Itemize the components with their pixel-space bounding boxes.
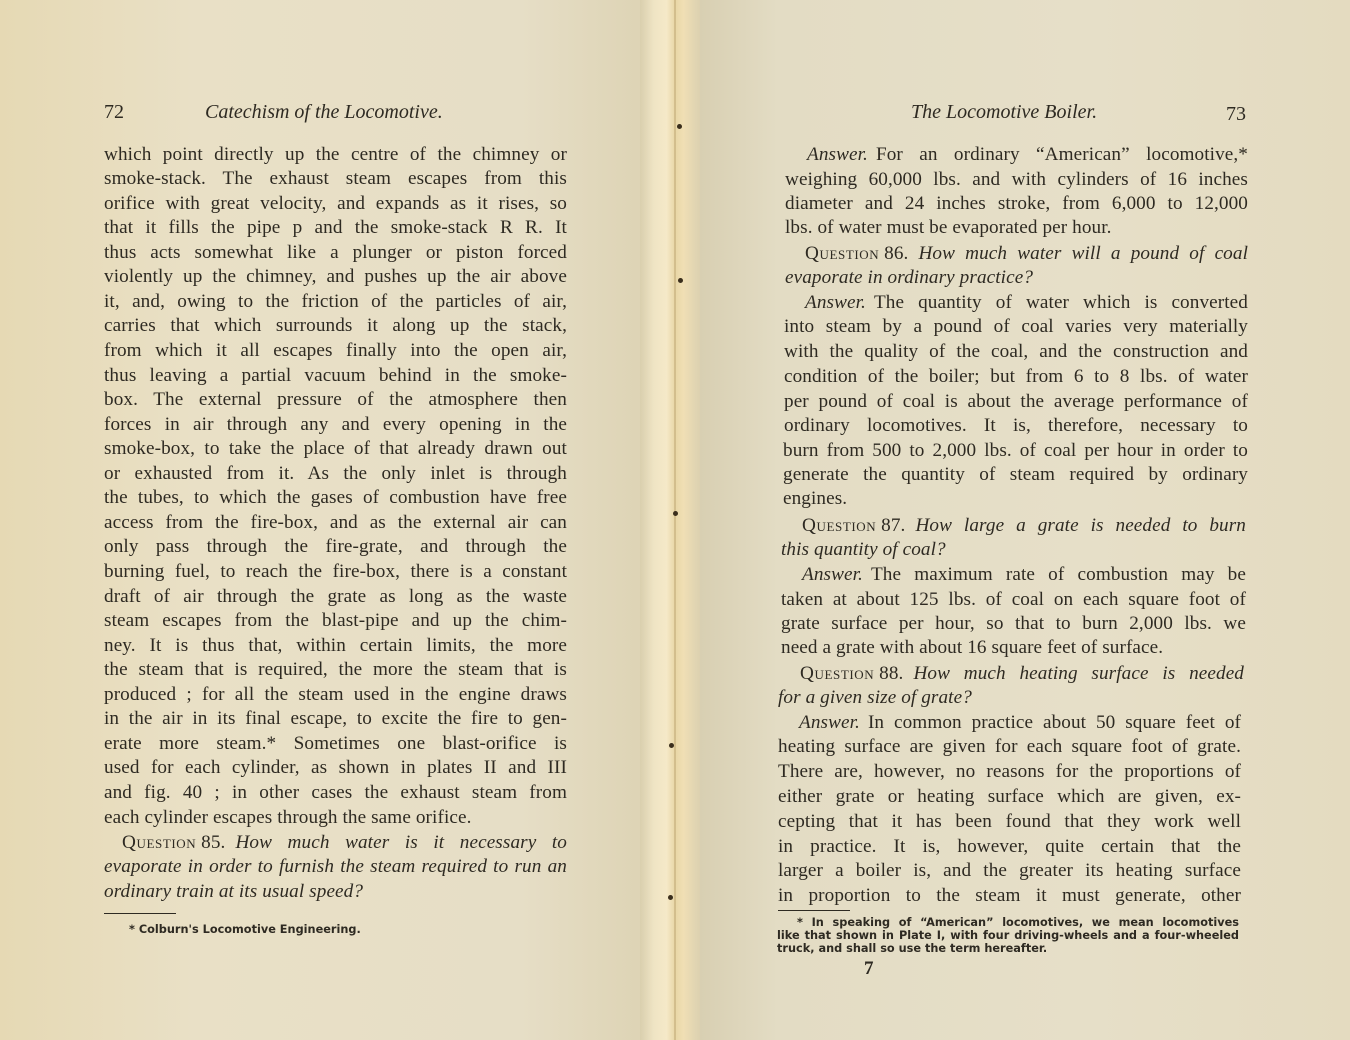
question-87-first-line: Question 87. How large a grate is needed… bbox=[802, 514, 1246, 538]
text-line: smoke-stack. The exhaust steam escapes f… bbox=[104, 167, 567, 191]
page-number-right: 73 bbox=[1226, 103, 1246, 126]
answer-88-first-line: Answer. In common practice about 50 squa… bbox=[799, 711, 1241, 735]
answer-85-first-line: Answer. For an ordinary “American” locom… bbox=[807, 143, 1248, 167]
answer-label: Answer. bbox=[805, 291, 866, 315]
question-label: Question bbox=[122, 832, 196, 853]
text-line: burning fuel, to reach the fire-box, the… bbox=[104, 560, 567, 584]
question-text: How much water is it necessary to bbox=[235, 831, 567, 855]
left-page: 72 Catechism of the Locomotive. which po… bbox=[0, 0, 650, 1040]
footnote-right-line: truck, and shall so use the term hereaft… bbox=[777, 943, 1047, 955]
binding-thread-mark bbox=[678, 278, 683, 283]
text-line: thus acts somewhat like a plunger or pis… bbox=[104, 241, 567, 265]
answer-text: lbs. of water must be evaporated per hou… bbox=[785, 216, 1112, 240]
answer-text: per pound of coal is about the average p… bbox=[784, 390, 1248, 414]
question-label: Question bbox=[802, 515, 876, 536]
question-label: Question bbox=[800, 663, 874, 684]
text-line: access from the fire-box, and as the ext… bbox=[104, 511, 567, 535]
answer-text: larger a boiler is, and the greater its … bbox=[778, 859, 1241, 883]
question-text: How much heating surface is needed bbox=[913, 662, 1244, 686]
question-text: How much water will a pound of coal bbox=[918, 242, 1248, 266]
answer-text: need a grate with about 16 square feet o… bbox=[781, 636, 1163, 660]
answer-text: grate surface per hour, so that to burn … bbox=[781, 612, 1246, 636]
question-text: evaporate in order to furnish the steam … bbox=[104, 855, 567, 879]
text-line: only pass through the fire-grate, and th… bbox=[104, 535, 567, 559]
answer-text: engines. bbox=[783, 487, 847, 511]
answer-text: in proportion to the steam it must gener… bbox=[778, 884, 1241, 908]
answer-86-first-line: Answer. The quantity of water which is c… bbox=[805, 291, 1248, 315]
answer-text: taken at about 125 lbs. of coal on each … bbox=[781, 588, 1246, 612]
footnote-rule bbox=[778, 910, 850, 911]
text-line: the steam that is required, the more the… bbox=[104, 658, 567, 682]
binding-thread-mark bbox=[668, 895, 673, 900]
text-line: it, and, owing to the friction of the pa… bbox=[104, 290, 567, 314]
binding-thread-mark bbox=[677, 124, 682, 129]
answer-text: The quantity of water which is converted bbox=[874, 291, 1248, 315]
answer-text: into steam by a pound of coal varies ver… bbox=[784, 315, 1248, 339]
running-head-left: Catechism of the Locomotive. bbox=[205, 101, 443, 124]
answer-text: For an ordinary “American” locomotive,* bbox=[876, 143, 1248, 167]
answer-text: The maximum rate of combustion may be bbox=[871, 563, 1246, 587]
answer-label: Answer. bbox=[807, 143, 868, 167]
text-line: forces in air through any and every open… bbox=[104, 413, 567, 437]
right-page: The Locomotive Boiler. 73 Answer. For an… bbox=[700, 0, 1350, 1040]
question-label: Question bbox=[805, 243, 879, 264]
question-text: evaporate in ordinary practice? bbox=[785, 266, 1033, 290]
text-line: steam escapes from the blast-pipe and up… bbox=[104, 609, 567, 633]
text-line: which point directly up the centre of th… bbox=[104, 143, 567, 167]
answer-text: In common practice about 50 square feet … bbox=[868, 711, 1241, 735]
text-line: violently up the chimney, and pushes up … bbox=[104, 265, 567, 289]
running-head-right: The Locomotive Boiler. bbox=[911, 101, 1097, 124]
question-86-first-line: Question 86. How much water will a pound… bbox=[805, 242, 1248, 266]
question-text: for a given size of grate? bbox=[778, 686, 972, 710]
text-line: thus leaving a partial vacuum behind in … bbox=[104, 364, 567, 388]
answer-text: weighing 60,000 lbs. and with cylinders … bbox=[785, 168, 1248, 192]
gutter-crease bbox=[674, 0, 676, 1040]
answer-text: ordinary locomotives. It is, therefore, … bbox=[784, 414, 1248, 438]
page-number-left: 72 bbox=[104, 101, 124, 124]
answer-text: cepting that it has been found that they… bbox=[778, 810, 1241, 834]
question-number: 85. bbox=[201, 832, 225, 853]
text-line: carries that which surrounds it along up… bbox=[104, 314, 567, 338]
text-line: box. The external pressure of the atmosp… bbox=[104, 388, 567, 412]
text-line: erate more steam.* Sometimes one blast-o… bbox=[104, 732, 567, 756]
answer-text: either grate or heating surface which ar… bbox=[778, 785, 1241, 809]
signature-mark: 7 bbox=[864, 958, 874, 980]
text-line: each cylinder escapes through the same o… bbox=[104, 806, 472, 830]
text-line: produced ; for all the steam used in the… bbox=[104, 683, 567, 707]
answer-text: in practice. It is, however, quite certa… bbox=[778, 835, 1241, 859]
binding-thread-mark bbox=[669, 743, 674, 748]
binding-thread-mark bbox=[673, 511, 678, 516]
question-number: 88. bbox=[879, 663, 903, 684]
question-85-first-line: Question 85. How much water is it necess… bbox=[122, 831, 567, 855]
question-88-first-line: Question 88. How much heating surface is… bbox=[800, 662, 1244, 686]
text-line: in the air in its final escape, to excit… bbox=[104, 707, 567, 731]
answer-text: generate the quantity of steam required … bbox=[783, 463, 1248, 487]
text-line: that it fills the pipe p and the smoke-s… bbox=[104, 216, 567, 240]
text-line: and fig. 40 ; in other cases the exhaust… bbox=[104, 781, 567, 805]
text-line: or exhausted from it. As the only inlet … bbox=[104, 462, 567, 486]
footnote-left: * Colburn's Locomotive Engineering. bbox=[129, 924, 361, 936]
text-line: orifice with great velocity, and expands… bbox=[104, 192, 567, 216]
answer-text: with the quality of the coal, and the co… bbox=[784, 340, 1248, 364]
footnote-right-line: like that shown in Plate I, with four dr… bbox=[777, 930, 1239, 942]
answer-text: There are, however, no reasons for the p… bbox=[778, 760, 1241, 784]
text-line: from which it all escapes finally into t… bbox=[104, 339, 567, 363]
answer-text: burn from 500 to 2,000 lbs. of coal per … bbox=[783, 439, 1248, 463]
text-line: smoke-box, to take the place of that alr… bbox=[104, 437, 567, 461]
question-text: How large a grate is needed to burn bbox=[915, 514, 1246, 538]
question-text: ordinary train at its usual speed? bbox=[104, 880, 363, 904]
text-line: used for each cylinder, as shown in plat… bbox=[104, 756, 567, 780]
text-line: draft of air through the grate as long a… bbox=[104, 585, 567, 609]
question-text: this quantity of coal? bbox=[781, 538, 946, 562]
question-number: 86. bbox=[884, 243, 908, 264]
footnote-rule bbox=[104, 913, 176, 914]
question-number: 87. bbox=[881, 515, 905, 536]
answer-text: diameter and 24 inches stroke, from 6,00… bbox=[785, 192, 1248, 216]
text-line: ney. It is thus that, within certain lim… bbox=[104, 634, 567, 658]
text-line: the tubes, to which the gases of combust… bbox=[104, 486, 567, 510]
answer-text: heating surface are given for each squar… bbox=[778, 735, 1241, 759]
footnote-right-line: * In speaking of “American” locomotives,… bbox=[797, 917, 1239, 929]
answer-label: Answer. bbox=[799, 711, 860, 735]
answer-87-first-line: Answer. The maximum rate of combustion m… bbox=[802, 563, 1246, 587]
answer-text: condition of the boiler; but from 6 to 8… bbox=[784, 365, 1248, 389]
answer-label: Answer. bbox=[802, 563, 863, 587]
